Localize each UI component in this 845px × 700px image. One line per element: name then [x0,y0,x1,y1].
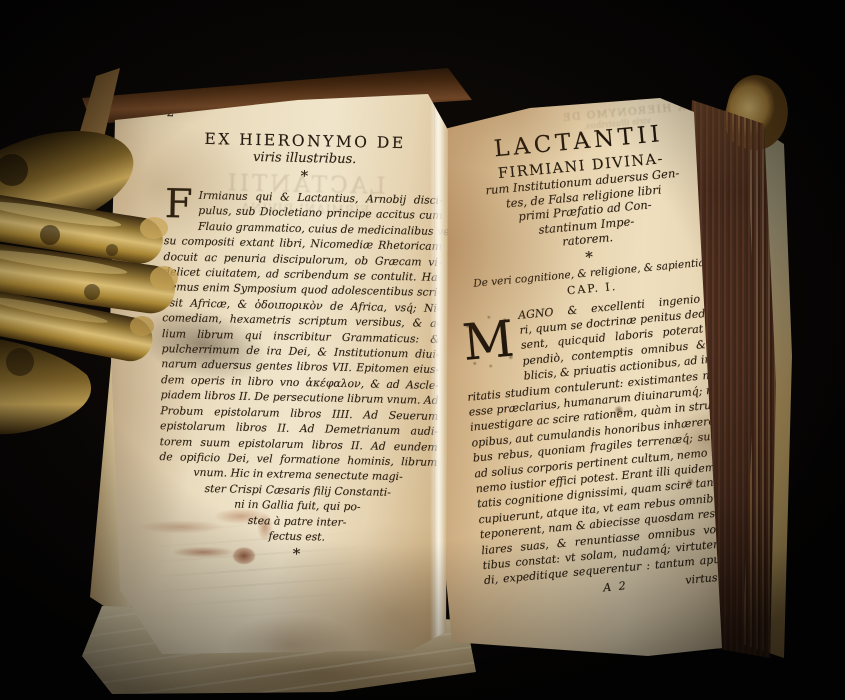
text-line: esse præclarius, humanarum diuinarumq́; … [468,380,736,420]
show-through-text: EX HIERONYMO DE [561,100,695,124]
printer-ornament: * [455,239,723,275]
text-line: delicet ciuitatem, ad scribendum se cont… [163,264,441,285]
text-line: bus rebus, quoniam fragiles terrenæq́; s… [472,427,740,467]
text-line: Irmianus qui & Lactantius, Arnobij disci… [165,187,443,208]
text-line: ster Crispi Cæsaris filij Constanti- [159,480,437,501]
text-line: cupiuerunt, atque ita, vt eam rebus omni… [478,488,746,528]
catchword: virtus [685,571,718,587]
text-line: ratorem. [454,220,722,259]
page-subtitle: FIRMIANI DIVINA- [447,147,715,187]
text-line: de opificio Dei, vel formatione hominis,… [159,449,437,470]
text-line: pendiò, contemptis omnibus & pu- [464,334,732,374]
signature-line: A 2 virtus [485,568,753,605]
photo-scene: EX HIERONYMO DE viris illustribus. 3 LAC… [0,0,845,700]
text-line: ni in Gallia fuit, qui po- [158,495,436,516]
text-line: blicis, & priuatis actionibus, ad inquir… [465,350,733,390]
text-line: fectus est. [158,526,436,547]
text-line: bemus enim Symposium quod adolescentibus… [163,280,441,301]
text-line: tes, de Falsa religione libri [450,177,718,216]
title-continuation: rum Institutionum aduersus Gen-tes, de F… [448,162,721,258]
text-line: rum Institutionum aduersus Gen- [448,162,716,201]
printer-ornament: * [165,167,443,185]
text-line: tibus constat: vt solam, nudamq́; virtut… [482,534,750,574]
text-line: su compositi extant libri, Nicomediæ Rhe… [164,233,442,254]
show-through-text: viris illustribus. [583,116,651,132]
text-line: liares suas, & renuntiasse omnibus volup… [481,519,749,559]
chapter-label: CAP. I. [458,269,726,306]
text-line: docuit ac penuria discipulorum, ob Græca… [163,249,441,270]
text-line: stea à patre inter- [158,511,436,532]
text-line: vnum. Hic in extrema senectute magi- [159,464,437,485]
page-heading: EX HIERONYMO DE [166,129,444,153]
text-line: opibus, aut cumulandis honoribus inhærer… [471,411,739,451]
drop-cap-initial: M [460,310,517,372]
page-subheading: viris illustribus. [166,148,444,169]
page-number: 3 [440,79,682,115]
text-line: inuestigare ac scire rationem, quàm in s… [469,396,737,436]
closing-lines: vnum. Hic in extrema senectute magi-ster… [158,464,438,547]
text-line: Probum epistolarum libros IIII. Ad Seuer… [160,403,438,424]
text-line: tatis cognitione dignissimi, quam scire … [476,473,744,513]
gathering-signature: A 2 [603,579,629,594]
page-title: LACTANTII [444,117,713,167]
brass-hand-figure [0,110,197,445]
chapter-argument: De veri cognitione, & religione, & sapie… [457,255,725,291]
show-through-smudge [156,509,360,626]
show-through-text: LACTANTII [195,170,415,201]
text-line: teponerent, nam & abiecisse quosdam res … [479,503,747,543]
text-line: nemo iustior effici potest. Erant illi q… [475,457,743,497]
text-line: AGNO & excellenti ingenio vi- [460,288,728,328]
text-line: epistolarum libros II. Ad Demetrianum au… [160,418,438,439]
text-line: primi Præfatio ad Con- [451,191,719,230]
text-line: ritatis studium contulerunt: existimante… [467,365,735,405]
text-line: torem suum epistolarum libros II. Ad eun… [160,434,438,455]
show-through-text: FIRMIANI DIVINA [205,200,405,218]
text-line: sent, quicquid laboris poterat im- [463,319,731,359]
printer-ornament: * [157,545,435,563]
text-line: stantinum Impe- [452,206,720,245]
text-line: Flauio grammatico, cuius de medicinalibu… [164,218,442,239]
text-line: di, expeditique sequerentur : tantum apu… [483,549,751,589]
text-line: pulus, sub Diocletiano principe accitus … [164,203,442,224]
text-line: ad solius corporis pertinent cultum, nem… [474,442,742,482]
text-line: ri, quum se doctrinæ penitus dedidis- [461,304,729,344]
red-ink-stain [136,500,286,590]
